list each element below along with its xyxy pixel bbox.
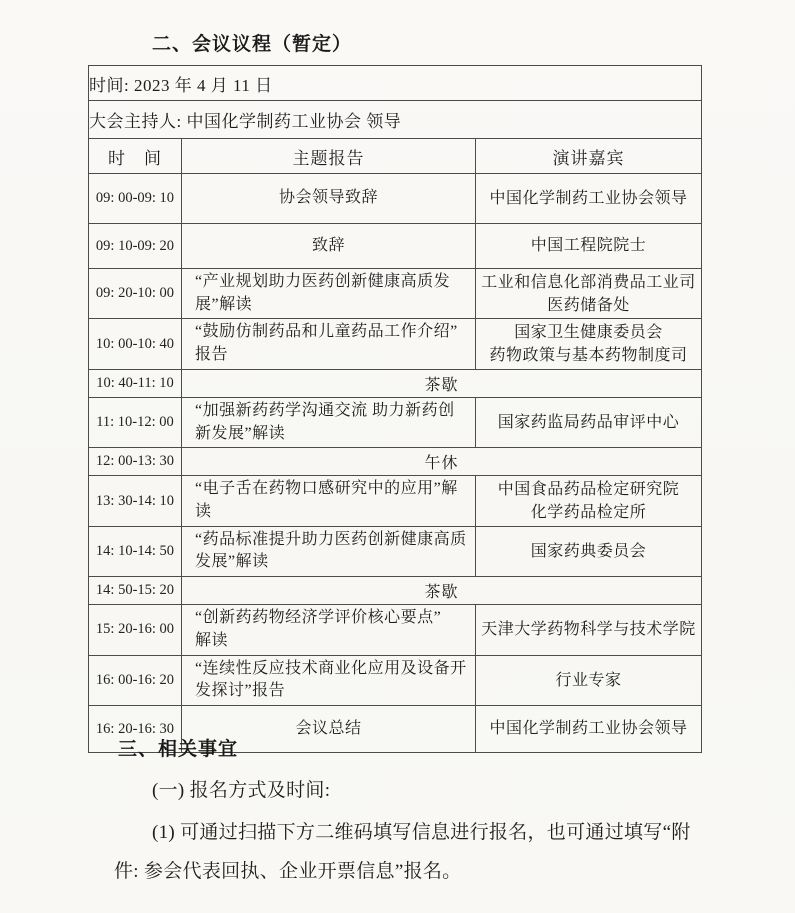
column-header-topic: 主题报告: [182, 139, 476, 174]
session-time: 15: 20-16: 00: [89, 605, 182, 655]
session-topic: 致辞: [182, 224, 476, 269]
session-time: 13: 30-14: 10: [89, 476, 182, 526]
break-time: 12: 00-13: 30: [89, 448, 182, 476]
session-speaker: 国家卫生健康委员会 药物政策与基本药物制度司: [476, 319, 702, 369]
registration-paragraph-line1: (1) 可通过扫描下方二维码填写信息进行报名，也可通过填写“附: [152, 817, 691, 844]
session-speaker: 天津大学药物科学与技术学院: [476, 605, 702, 655]
session-topic: “电子舌在药物口感研究中的应用”解 读: [182, 476, 476, 526]
session-row: 09: 10-09: 20 致辞 中国工程院院士: [89, 224, 702, 269]
session-row: 15: 20-16: 00 “创新药药物经济学评价核心要点” 解读 天津大学药物…: [89, 605, 702, 655]
registration-paragraph-line2: 件: 参会代表回执、企业开票信息”报名。: [114, 856, 461, 883]
agenda-section-title: 二、会议议程（暂定）: [152, 29, 352, 56]
session-row: 09: 00-09: 10 协会领导致辞 中国化学制药工业协会领导: [89, 174, 702, 224]
session-row: 13: 30-14: 10 “电子舌在药物口感研究中的应用”解 读 中国食品药品…: [89, 476, 702, 526]
session-time: 09: 00-09: 10: [89, 174, 182, 224]
break-row: 10: 40-11: 10 茶歇: [89, 369, 702, 397]
document-page: 二、会议议程（暂定） 时间: 2023 年 4 月 11 日 大会主持人: 中国…: [0, 0, 795, 913]
session-topic: “连续性反应技术商业化应用及设备开 发探讨”报告: [182, 655, 476, 705]
column-header-time: 时 间: [89, 139, 182, 174]
break-label: 午休: [182, 448, 702, 476]
meeting-host-cell: 大会主持人: 中国化学制药工业协会 领导: [89, 101, 702, 139]
session-row: 14: 10-14: 50 “药品标准提升助力医药创新健康高质 发展”解读 国家…: [89, 526, 702, 576]
break-row: 12: 00-13: 30 午休: [89, 448, 702, 476]
break-label: 茶歇: [182, 577, 702, 605]
column-header-speaker: 演讲嘉宾: [476, 139, 702, 174]
session-time: 14: 10-14: 50: [89, 526, 182, 576]
session-topic: “加强新药药学沟通交流 助力新药创 新发展”解读: [182, 397, 476, 447]
session-row: 11: 10-12: 00 “加强新药药学沟通交流 助力新药创 新发展”解读 国…: [89, 397, 702, 447]
meeting-date-cell: 时间: 2023 年 4 月 11 日: [89, 66, 702, 101]
session-topic: “鼓励仿制药品和儿童药品工作介绍” 报告: [182, 319, 476, 369]
session-speaker: 中国工程院院士: [476, 224, 702, 269]
session-time: 11: 10-12: 00: [89, 397, 182, 447]
session-speaker: 行业专家: [476, 655, 702, 705]
session-topic: “产业规划助力医药创新健康高质发 展”解读: [182, 269, 476, 319]
session-speaker: 中国化学制药工业协会领导: [476, 174, 702, 224]
break-label: 茶歇: [182, 369, 702, 397]
registration-method-heading: (一) 报名方式及时间:: [152, 775, 330, 802]
session-speaker: 中国食品药品检定研究院 化学药品检定所: [476, 476, 702, 526]
session-speaker: 工业和信息化部消费品工业司 医药储备处: [476, 269, 702, 319]
session-row: 10: 00-10: 40 “鼓励仿制药品和儿童药品工作介绍” 报告 国家卫生健…: [89, 319, 702, 369]
break-row: 14: 50-15: 20 茶歇: [89, 577, 702, 605]
session-speaker: 国家药典委员会: [476, 526, 702, 576]
session-speaker: 中国化学制药工业协会领导: [476, 706, 702, 753]
session-row: 16: 00-16: 20 “连续性反应技术商业化应用及设备开 发探讨”报告 行…: [89, 655, 702, 705]
session-topic: “创新药药物经济学评价核心要点” 解读: [182, 605, 476, 655]
related-section-title: 三、相关事宜: [118, 734, 238, 761]
meeting-date-row: 时间: 2023 年 4 月 11 日: [89, 66, 702, 101]
session-row: 09: 20-10: 00 “产业规划助力医药创新健康高质发 展”解读 工业和信…: [89, 269, 702, 319]
break-time: 14: 50-15: 20: [89, 577, 182, 605]
session-time: 16: 00-16: 20: [89, 655, 182, 705]
meeting-host-row: 大会主持人: 中国化学制药工业协会 领导: [89, 101, 702, 139]
table-header-row: 时 间 主题报告 演讲嘉宾: [89, 139, 702, 174]
session-topic: 协会领导致辞: [182, 174, 476, 224]
agenda-table: 时间: 2023 年 4 月 11 日 大会主持人: 中国化学制药工业协会 领导…: [88, 65, 702, 753]
session-topic: “药品标准提升助力医药创新健康高质 发展”解读: [182, 526, 476, 576]
session-time: 09: 20-10: 00: [89, 269, 182, 319]
session-time: 09: 10-09: 20: [89, 224, 182, 269]
session-speaker: 国家药监局药品审评中心: [476, 397, 702, 447]
session-time: 10: 00-10: 40: [89, 319, 182, 369]
break-time: 10: 40-11: 10: [89, 369, 182, 397]
